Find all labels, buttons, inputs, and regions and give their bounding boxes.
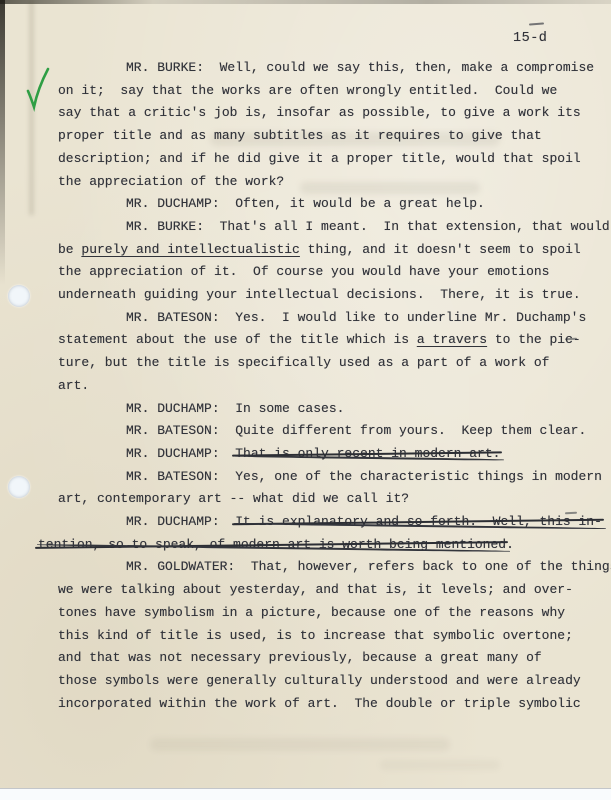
punch-hole xyxy=(8,285,30,307)
pencil-tick-icon xyxy=(529,22,544,25)
text-line: ture, but the title is specifically used… xyxy=(58,352,593,375)
text-segment: underneath guiding your intellectual dec… xyxy=(58,287,581,302)
scanner-background-strip xyxy=(0,788,611,800)
text-segment: be xyxy=(58,242,81,257)
text-segment: statement about the use of the title whi… xyxy=(58,332,417,347)
text-line: MR. BURKE: That's all I meant. In that e… xyxy=(58,216,593,239)
ink-bleed-smudge xyxy=(380,760,500,770)
text-line: MR. BATESON: Quite different from yours.… xyxy=(58,420,593,443)
text-segment: those symbols were generally culturally … xyxy=(58,673,581,688)
text-segment: MR. DUCHAMP: xyxy=(126,514,235,529)
text-segment: art, contemporary art -- what did we cal… xyxy=(58,491,409,506)
text-line: tones have symbolism in a picture, becau… xyxy=(58,602,593,625)
text-segment: this kind of title is used, is to increa… xyxy=(58,628,573,643)
text-segment: and that was not necessary previously, b… xyxy=(58,650,542,665)
text-line: those symbols were generally culturally … xyxy=(58,670,593,693)
text-segment: MR. DUCHAMP: In some cases. xyxy=(126,401,344,416)
text-segment: the appreciation of it. Of course you wo… xyxy=(58,264,549,279)
text-line: on it; say that the works are often wron… xyxy=(58,80,593,103)
text-line: the appreciation of the work? xyxy=(58,171,593,194)
struck-text: It is explanatory and so forth. Well, th… xyxy=(235,511,602,534)
text-segment: description; and if he did give it a pro… xyxy=(58,151,581,166)
text-line: MR. DUCHAMP: It is explanatory and so fo… xyxy=(58,511,593,534)
text-line: incorporated within the work of art. The… xyxy=(58,693,593,716)
document-page: 15-d MR. BURKE: Well, could we say this,… xyxy=(0,0,611,800)
text-line: MR. DUCHAMP: In some cases. xyxy=(58,398,593,421)
text-segment: MR. BATESON: Quite different from yours.… xyxy=(126,423,586,438)
text-segment: MR. BATESON: Yes, one of the characteris… xyxy=(126,469,602,484)
underlined-text: purely and intellectualistic xyxy=(81,242,299,257)
text-segment: MR. BURKE: That's all I meant. In that e… xyxy=(126,219,610,234)
text-segment: incorporated within the work of art. The… xyxy=(58,696,581,711)
text-segment: MR. BATESON: Yes. I would like to underl… xyxy=(126,310,586,325)
text-segment: the appreciation of the work? xyxy=(58,174,284,189)
text-segment: on it; say that the works are often wron… xyxy=(58,83,557,98)
text-segment: tones have symbolism in a picture, becau… xyxy=(58,605,565,620)
text-segment: to the pic- xyxy=(487,332,581,347)
punch-hole xyxy=(8,476,30,498)
text-line: statement about the use of the title whi… xyxy=(58,329,593,352)
text-line: MR. BURKE: Well, could we say this, then… xyxy=(58,57,593,80)
text-segment: MR. DUCHAMP: Often, it would be a great … xyxy=(126,196,485,211)
text-line: MR. DUCHAMP: That is only recent in mode… xyxy=(58,443,593,466)
text-segment: say that a critic's job is, insofar as p… xyxy=(58,105,581,120)
text-line: proper title and as many subtitles as it… xyxy=(58,125,593,148)
scan-edge-left xyxy=(0,0,5,285)
page-number: 15-d xyxy=(513,31,547,46)
checkmark-icon xyxy=(24,66,52,116)
text-segment: proper title and as many subtitles as it… xyxy=(58,128,542,143)
text-line: MR. BATESON: Yes. I would like to underl… xyxy=(58,307,593,330)
text-line: tention, so to speak, of modern art is w… xyxy=(38,534,593,557)
text-line: underneath guiding your intellectual dec… xyxy=(58,284,593,307)
text-line: MR. GOLDWATER: That, however, refers bac… xyxy=(58,556,593,579)
text-line: we were talking about yesterday, and tha… xyxy=(58,579,593,602)
text-segment: MR. GOLDWATER: That, however, refers bac… xyxy=(126,559,611,574)
text-line: the appreciation of it. Of course you wo… xyxy=(58,261,593,284)
text-line: MR. BATESON: Yes, one of the characteris… xyxy=(58,466,593,489)
struck-text: tention, so to speak, of modern art is w… xyxy=(38,534,506,557)
text-segment: . xyxy=(506,537,514,552)
underlined-text: a travers xyxy=(417,332,487,347)
text-segment: ture, but the title is specifically used… xyxy=(58,355,549,370)
text-segment: thing, and it doesn't seem to spoil xyxy=(300,242,581,257)
text-block: MR. BURKE: Well, could we say this, then… xyxy=(58,57,593,715)
text-line: and that was not necessary previously, b… xyxy=(58,647,593,670)
text-line: say that a critic's job is, insofar as p… xyxy=(58,102,593,125)
text-line: description; and if he did give it a pro… xyxy=(58,148,593,171)
ink-bleed-smudge xyxy=(150,738,450,751)
scan-edge-top xyxy=(0,0,611,4)
text-line: be purely and intellectualistic thing, a… xyxy=(58,239,593,262)
text-line: art, contemporary art -- what did we cal… xyxy=(58,488,593,511)
text-segment: MR. DUCHAMP: xyxy=(126,446,235,461)
text-line: MR. DUCHAMP: Often, it would be a great … xyxy=(58,193,593,216)
struck-text: That is only recent in modern art. xyxy=(235,443,500,466)
text-segment: art. xyxy=(58,378,89,393)
text-line: art. xyxy=(58,375,593,398)
text-line: this kind of title is used, is to increa… xyxy=(58,625,593,648)
text-segment: we were talking about yesterday, and tha… xyxy=(58,582,573,597)
text-segment: MR. BURKE: Well, could we say this, then… xyxy=(126,60,594,75)
